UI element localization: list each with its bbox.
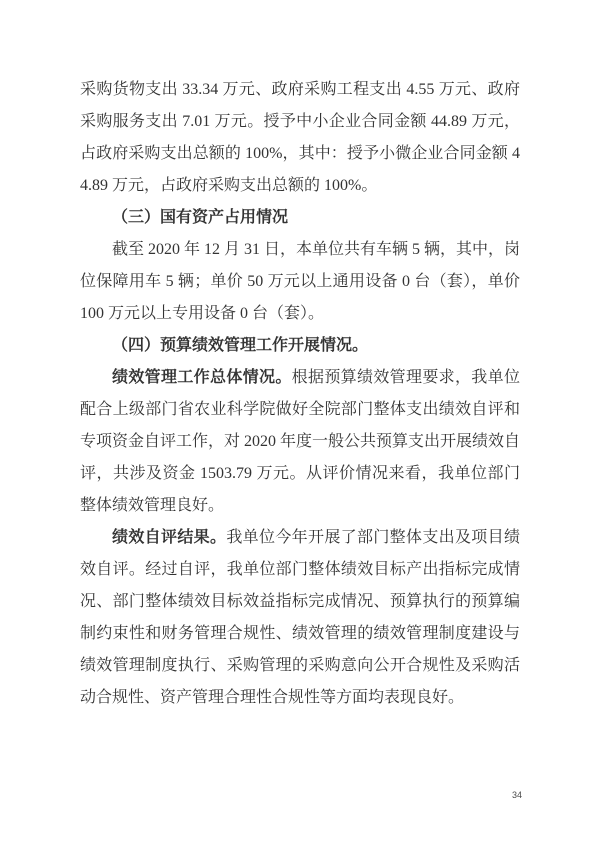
section-heading-state-assets: （三）国有资产占用情况 bbox=[80, 202, 520, 234]
paragraph-procurement-continued: 采购货物支出 33.34 万元、政府采购工程支出 4.55 万元、政府采购服务支… bbox=[80, 74, 520, 202]
paragraph-bold-lead-self-evaluation: 绩效自评结果。 bbox=[112, 529, 226, 546]
paragraph-performance-overview: 绩效管理工作总体情况。根据预算绩效管理要求，我单位配合上级部门省农业科学院做好全… bbox=[80, 362, 520, 522]
paragraph-self-evaluation-result: 绩效自评结果。我单位今年开展了部门整体支出及项目绩效自评。经过自评，我单位部门整… bbox=[80, 522, 520, 714]
paragraph-state-assets: 截至 2020 年 12 月 31 日，本单位共有车辆 5 辆，其中，岗位保障用… bbox=[80, 234, 520, 330]
page-number: 34 bbox=[512, 790, 522, 800]
document-page: 采购货物支出 33.34 万元、政府采购工程支出 4.55 万元、政府采购服务支… bbox=[0, 0, 600, 848]
paragraph-text-performance-overview: 根据预算绩效管理要求，我单位配合上级部门省农业科学院做好全院部门整体支出绩效自评… bbox=[80, 369, 520, 514]
paragraph-text-self-evaluation: 我单位今年开展了部门整体支出及项目绩效自评。经过自评，我单位部门整体绩效目标产出… bbox=[80, 529, 520, 706]
section-heading-budget-performance: （四）预算绩效管理工作开展情况。 bbox=[80, 330, 520, 362]
paragraph-bold-lead-performance-overview: 绩效管理工作总体情况。 bbox=[112, 369, 292, 386]
